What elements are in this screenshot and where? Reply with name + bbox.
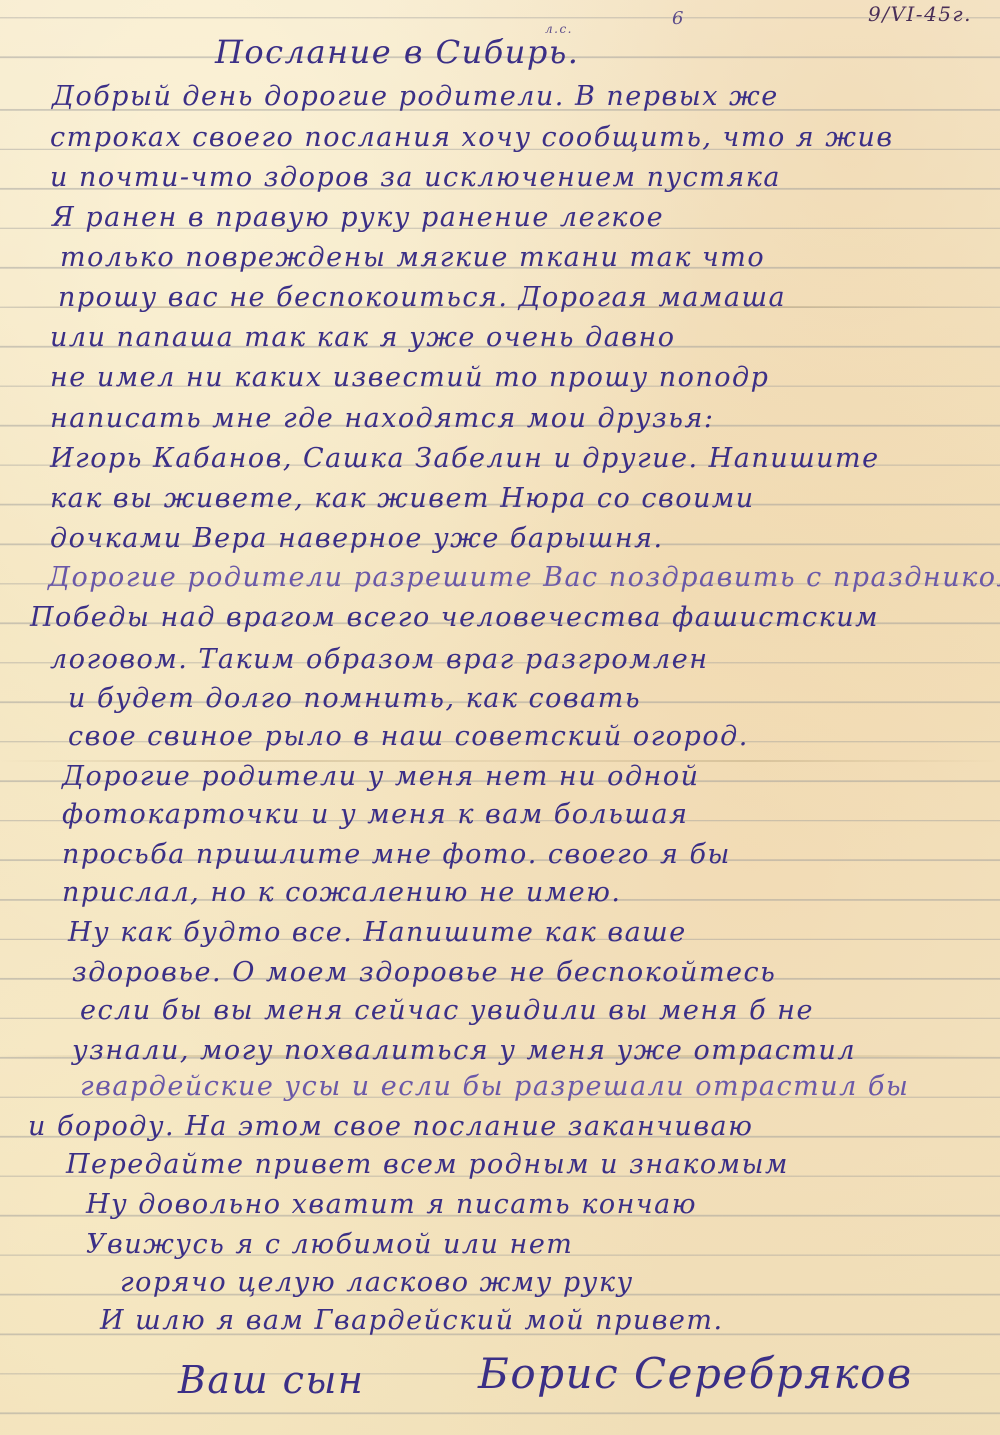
signature-name: Борис Серебряков	[478, 1352, 913, 1396]
letter-line: Ну довольно хватит я писать кончаю	[86, 1190, 697, 1220]
letter-title: Послание в Сибирь.	[215, 34, 579, 70]
letter-line: прошу вас не беспокоиться. Дорогая мамаш…	[58, 283, 786, 313]
letter-line: и будет долго помнить, как совать	[68, 684, 641, 714]
letter-line: Я ранен в правую руку ранение легкое	[52, 203, 664, 233]
letter-line: И шлю я вам Гвардейский мой привет.	[100, 1306, 724, 1336]
letter-line: логовом. Таким образом враг разгромлен	[50, 645, 708, 675]
letter-line: свое свиное рыло в наш советский огород.	[68, 722, 749, 752]
letter-line: здоровье. О моем здоровье не беспокойтес…	[72, 958, 776, 988]
letter-line: фотокарточки и у меня к вам большая	[62, 800, 689, 830]
letter-line: не имел ни каких известий то прошу попод…	[50, 363, 769, 393]
closing-text: Ваш сын	[178, 1358, 364, 1402]
letter-page: 9/VI-45г. л.с. 6 Послание в Сибирь. Добр…	[0, 0, 1000, 1435]
letter-line: Ну как будто все. Напишите как ваше	[68, 918, 687, 948]
letter-line: Дорогие родители разрешите Вас поздравит…	[48, 563, 1000, 593]
letter-line: Победы над врагом всего человечества фаш…	[30, 603, 879, 633]
letter-line: написать мне где находятся мои друзья:	[50, 404, 714, 434]
letter-line: дочками Вера наверное уже барышня.	[50, 524, 664, 554]
letter-line: Передайте привет всем родным и знакомым	[66, 1150, 789, 1180]
letter-line: Увижусь я с любимой или нет	[86, 1230, 573, 1260]
letter-line: Добрый день дорогие родители. В первых ж…	[52, 82, 779, 112]
letter-line: гвардейские усы и если бы разрешали отра…	[80, 1072, 909, 1102]
letter-line: только повреждены мягкие ткани так что	[60, 243, 765, 273]
corner-mark: 6	[672, 8, 685, 29]
letter-line: просьба пришлите мне фото. своего я бы	[62, 840, 731, 870]
letter-line: и бороду. На этом свое послание заканчив…	[28, 1112, 753, 1142]
letter-line: строках своего послания хочу сообщить, ч…	[50, 123, 894, 153]
letter-line: Дорогие родители у меня нет ни одной	[62, 762, 699, 792]
letter-date: 9/VI-45г.	[868, 2, 972, 26]
letter-line: узнали, могу похвалиться у меня уже отра…	[72, 1036, 856, 1066]
letter-line: Игорь Кабанов, Сашка Забелин и другие. Н…	[50, 444, 880, 474]
letter-line: если бы вы меня сейчас увидили вы меня б…	[80, 996, 814, 1026]
letter-line: как вы живете, как живет Нюра со своими	[50, 484, 755, 514]
letter-line: и почти-что здоров за исключением пустяк…	[50, 163, 781, 193]
letter-line: горячо целую ласково жму руку	[120, 1268, 634, 1298]
letter-line: прислал, но к сожалению не имею.	[62, 878, 621, 908]
signature-closing: Ваш сын	[178, 1358, 364, 1402]
letter-line: или папаша так как я уже очень давно	[50, 323, 676, 353]
